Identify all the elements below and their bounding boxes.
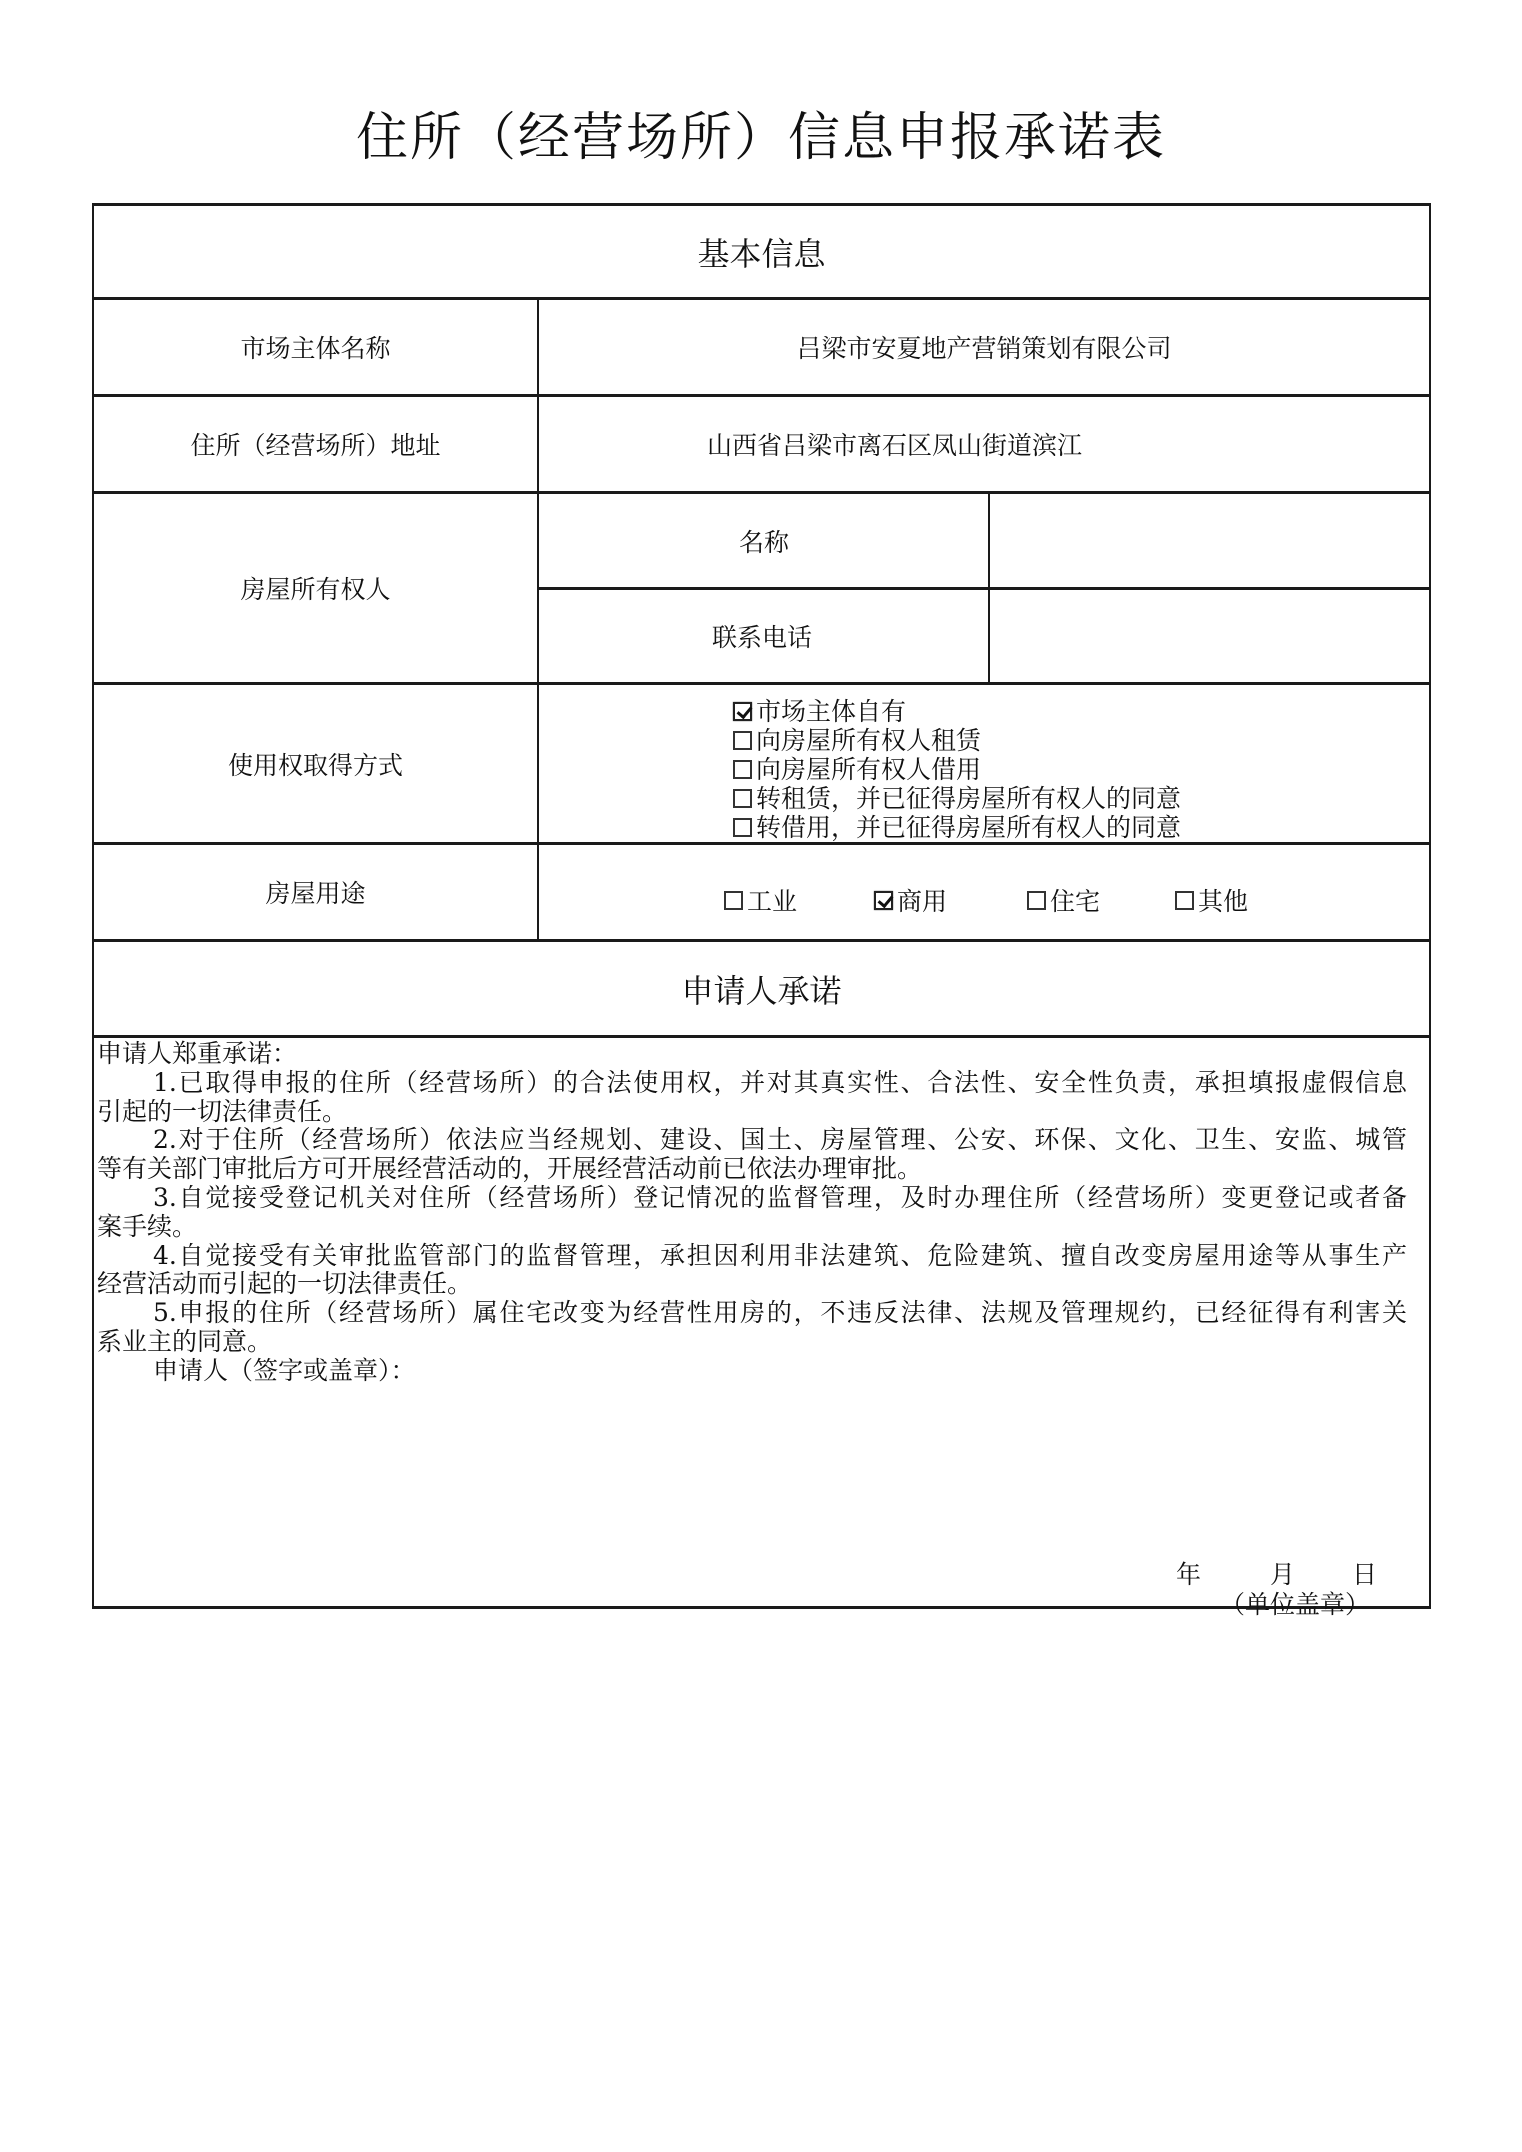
commitment-line: 案手续。 [97,1213,1407,1242]
signature-label: 申请人（签字或盖章）： [97,1357,1407,1386]
stamp-note: （单位盖章） [1220,1585,1370,1621]
address-value: 山西省吕梁市离石区凤山街道滨江 [707,426,1082,462]
option-commercial[interactable]: 商用 [874,882,947,918]
label-owner: 房屋所有权人 [94,494,537,682]
field-owner-phone[interactable] [990,590,1429,682]
commitment-line: 经营活动而引起的一切法律责任。 [97,1270,1407,1299]
commitment-line: 5.申报的住所（经营场所）属住宅改变为经营性用房的，不违反法律、法规及管理规约，… [97,1299,1407,1328]
option-label: 转租赁，并已征得房屋所有权人的同意 [756,784,1181,813]
checkbox-empty-icon[interactable] [724,891,743,910]
owner-name-label-text: 名称 [739,523,789,559]
label-house-usage: 房屋用途 [94,845,537,939]
section-title-basic-info: 基本信息 [94,206,1429,297]
option-label: 其他 [1198,882,1248,918]
checkbox-empty-icon[interactable] [1175,891,1194,910]
commitment-line: 申请人郑重承诺： [97,1040,1407,1069]
commitment-line: 系业主的同意。 [97,1328,1407,1357]
commitment-line: 4.自觉接受有关审批监管部门的监督管理，承担因利用非法建筑、危险建筑、擅自改变房… [97,1242,1407,1271]
commitment-text: 申请人郑重承诺： 1.已取得申报的住所（经营场所）的合法使用权，并对其真实性、合… [97,1040,1407,1386]
checkbox-checked-icon[interactable] [874,891,893,910]
option-industrial[interactable]: 工业 [724,882,797,918]
option-label: 转借用，并已征得房屋所有权人的同意 [756,813,1181,842]
option-sublease[interactable]: 转租赁，并已征得房屋所有权人的同意 [733,784,1181,813]
label-owner-name: 名称 [539,494,988,587]
checkbox-empty-icon[interactable] [733,760,752,779]
field-address[interactable]: 山西省吕梁市离石区凤山街道滨江 [539,397,1429,491]
label-market-entity-name: 市场主体名称 [94,300,537,394]
label-owner-phone: 联系电话 [539,590,988,682]
page-title: 住所（经营场所）信息申报承诺表 [0,106,1522,170]
option-label: 住宅 [1050,882,1100,918]
option-sub-borrow[interactable]: 转借用，并已征得房屋所有权人的同意 [733,813,1181,842]
date-year-label: 年 [1176,1555,1201,1591]
owner-phone-label-text: 联系电话 [712,618,812,654]
checkbox-empty-icon[interactable] [733,789,752,808]
label-address: 住所（经营场所）地址 [94,397,537,491]
label-acquisition-method: 使用权取得方式 [94,685,537,842]
option-label: 商用 [897,882,947,918]
checkbox-empty-icon[interactable] [733,731,752,750]
option-label: 市场主体自有 [756,697,906,726]
option-other[interactable]: 其他 [1175,882,1248,918]
option-lease-from-owner[interactable]: 向房屋所有权人租赁 [733,726,1181,755]
checkbox-checked-icon[interactable] [733,702,752,721]
commitment-line: 1.已取得申报的住所（经营场所）的合法使用权，并对其真实性、合法性、安全性负责，… [97,1069,1407,1098]
option-label: 工业 [747,882,797,918]
field-market-entity-name[interactable]: 吕梁市安夏地产营销策划有限公司 [539,300,1429,394]
commitment-line: 引起的一切法律责任。 [97,1098,1407,1127]
option-residential[interactable]: 住宅 [1027,882,1100,918]
option-label: 向房屋所有权人借用 [756,755,981,784]
option-self-owned[interactable]: 市场主体自有 [733,697,1181,726]
commitment-line: 等有关部门审批后方可开展经营活动的，开展经营活动前已依法办理审批。 [97,1155,1407,1184]
commitment-line: 2.对于住所（经营场所）依法应当经规划、建设、国土、房屋管理、公安、环保、文化、… [97,1126,1407,1155]
acquisition-options: 市场主体自有 向房屋所有权人租赁 向房屋所有权人借用 转租赁，并已征得房屋所有权… [733,697,1181,842]
option-label: 向房屋所有权人租赁 [756,726,981,755]
commitment-line: 3.自觉接受登记机关对住所（经营场所）登记情况的监督管理，及时办理住所（经营场所… [97,1184,1407,1213]
table-border-right [1429,203,1431,1609]
checkbox-empty-icon[interactable] [733,818,752,837]
option-borrow-from-owner[interactable]: 向房屋所有权人借用 [733,755,1181,784]
checkbox-empty-icon[interactable] [1027,891,1046,910]
field-owner-name[interactable] [990,494,1429,587]
row-divider [92,1035,1431,1038]
section-title-commitment: 申请人承诺 [94,942,1429,1035]
